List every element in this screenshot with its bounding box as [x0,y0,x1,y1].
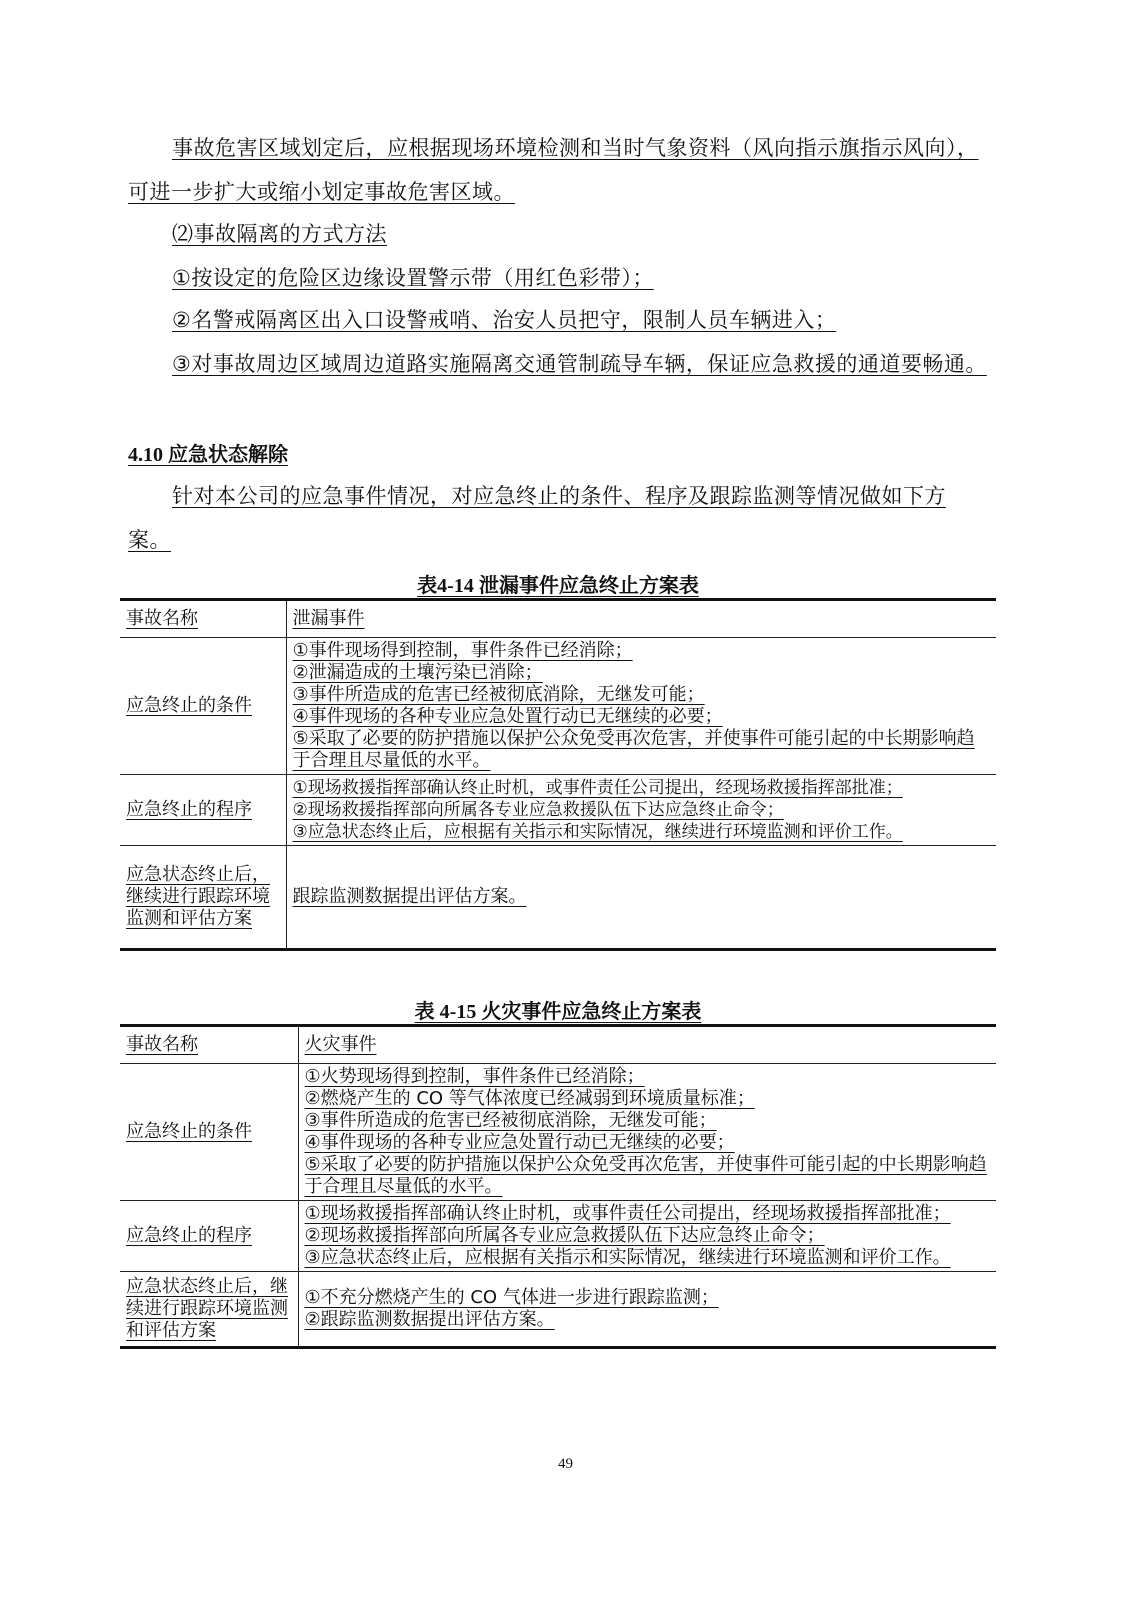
paragraph-isolation-item-1: ①按设定的危险区边缘设置警示带（用红色彩带）； [128,256,988,300]
row-key: 事故名称 [120,1026,298,1064]
cell-text: 应急终止的程序 [126,1225,252,1246]
cell-text: 应急终止的程序 [126,799,252,820]
cell-text: 事故名称 [126,1034,198,1055]
cell-text: 应急终止的条件 [126,695,252,716]
row-value: ①不充分燃烧产生的 CO 气体进一步进行跟踪监测； ②跟踪监测数据提出评估方案。 [298,1272,996,1348]
list-item: ③事件所造成的危害已经被彻底消除，无继发可能； [305,1110,991,1132]
paragraph-text: 事故危害区域划定后，应根据现场环境检测和当时气象资料（风向指示旗指示风向），可进… [128,136,979,204]
cell-text: 应急终止的条件 [126,1121,252,1142]
list-item: ①不充分燃烧产生的 CO 气体进一步进行跟踪监测； [305,1287,991,1309]
paragraph-isolation-methods-title: ⑵事故隔离的方式方法 [128,212,988,256]
paragraph-text: ②名警戒隔离区出入口设警戒哨、治安人员把守，限制人员车辆进入； [172,308,836,332]
row-value: 泄漏事件 [286,600,996,638]
table-caption-4-14: 表4-14 泄漏事件应急终止方案表 [120,569,996,598]
paragraph-isolation-item-3: ③对事故周边区域周边道路实施隔离交通管制疏导车辆，保证应急救援的通道要畅通。 [128,342,988,386]
row-key: 应急状态终止后，继续进行跟踪环境监测和评估方案 [120,1272,298,1348]
list-item: ④事件现场的各种专业应急处置行动已无继续的必要； [305,1132,991,1154]
row-value: 火灾事件 [298,1026,996,1064]
table-row: 应急终止的条件 ①火势现场得到控制，事件条件已经消除； ②燃烧产生的 CO 等气… [120,1064,996,1201]
row-key: 应急状态终止后，继续进行跟踪环境监测和评估方案 [120,846,286,950]
list-item: ①事件现场得到控制，事件条件已经消除； [293,640,991,662]
row-value: ①现场救援指挥部确认终止时机，或事件责任公司提出，经现场救援指挥部批准； ②现场… [298,1201,996,1272]
list-item: ⑤采取了必要的防护措施以保护公众免受再次危害，并使事件可能引起的中长期影响趋于合… [305,1154,991,1198]
paragraph-text: ⑵事故隔离的方式方法 [172,222,387,246]
list-item: ③事件所造成的危害已经被彻底消除，无继发可能； [293,684,991,706]
row-key: 应急终止的条件 [120,638,286,775]
caption-text: 表4-14 泄漏事件应急终止方案表 [417,575,699,597]
table-row: 应急状态终止后，继续进行跟踪环境监测和评估方案 跟踪监测数据提出评估方案。 [120,846,996,950]
table-fire-termination: 事故名称 火灾事件 应急终止的条件 ①火势现场得到控制，事件条件已经消除； ②燃… [120,1024,996,1349]
list-item: ②现场救援指挥部向所属各专业应急救援队伍下达应急终止命令； [293,799,991,821]
cell-text: 应急状态终止后，继续进行跟踪环境监测和评估方案 [126,1276,288,1341]
row-value: ①事件现场得到控制，事件条件已经消除； ②泄漏造成的土壤污染已消除； ③事件所造… [286,638,996,775]
row-key: 事故名称 [120,600,286,638]
paragraph-text: ①按设定的危险区边缘设置警示带（用红色彩带）； [172,266,654,290]
list-item: ①现场救援指挥部确认终止时机，或事件责任公司提出，经现场救援指挥部批准； [305,1203,991,1225]
row-value: 跟踪监测数据提出评估方案。 [286,846,996,950]
section-heading: 4.10 应急状态解除 [128,438,288,467]
section-heading-text: 4.10 应急状态解除 [128,444,288,466]
cell-text: 跟踪监测数据提出评估方案。 [293,886,991,908]
paragraph-text: 针对本公司的应急事件情况，对应急终止的条件、程序及跟踪监测等情况做如下方案。 [128,484,946,552]
list-item: ①现场救援指挥部确认终止时机，或事件责任公司提出，经现场救援指挥部批准； [293,777,991,799]
caption-text: 表 4-15 火灾事件应急终止方案表 [415,1001,702,1023]
table-caption-4-15: 表 4-15 火灾事件应急终止方案表 [120,995,996,1024]
paragraph-isolation-item-2: ②名警戒隔离区出入口设警戒哨、治安人员把守，限制人员车辆进入； [128,298,988,342]
cell-text: 事故名称 [126,608,198,629]
table-row: 应急终止的程序 ①现场救援指挥部确认终止时机，或事件责任公司提出，经现场救援指挥… [120,775,996,846]
table-row: 应急终止的程序 ①现场救援指挥部确认终止时机，或事件责任公司提出，经现场救援指挥… [120,1201,996,1272]
list-item: ①火势现场得到控制，事件条件已经消除； [305,1066,991,1088]
row-value: ①火势现场得到控制，事件条件已经消除； ②燃烧产生的 CO 等气体浓度已经减弱到… [298,1064,996,1201]
list-item: ②燃烧产生的 CO 等气体浓度已经减弱到环境质量标准； [305,1088,991,1110]
table-leak-termination: 事故名称 泄漏事件 应急终止的条件 ①事件现场得到控制，事件条件已经消除； ②泄… [120,598,996,951]
page-number: 49 [0,1456,1131,1473]
table-row: 应急终止的条件 ①事件现场得到控制，事件条件已经消除； ②泄漏造成的土壤污染已消… [120,638,996,775]
list-item: ②泄漏造成的土壤污染已消除； [293,662,991,684]
paragraph-hazard-zone: 事故危害区域划定后，应根据现场环境检测和当时气象资料（风向指示旗指示风向），可进… [128,126,988,214]
paragraph-intro: 针对本公司的应急事件情况，对应急终止的条件、程序及跟踪监测等情况做如下方案。 [128,474,988,562]
cell-text: 火灾事件 [305,1034,991,1056]
list-item: ③应急状态终止后，应根据有关指示和实际情况，继续进行环境监测和评价工作。 [293,821,991,843]
table-row: 应急状态终止后，继续进行跟踪环境监测和评估方案 ①不充分燃烧产生的 CO 气体进… [120,1272,996,1348]
list-item: ②现场救援指挥部向所属各专业应急救援队伍下达应急终止命令； [305,1225,991,1247]
paragraph-text: ③对事故周边区域周边道路实施隔离交通管制疏导车辆，保证应急救援的通道要畅通。 [172,352,987,376]
cell-text: 泄漏事件 [293,608,991,630]
list-item: ⑤采取了必要的防护措施以保护公众免受再次危害，并使事件可能引起的中长期影响趋于合… [293,728,991,772]
row-key: 应急终止的程序 [120,1201,298,1272]
cell-text: 应急状态终止后，继续进行跟踪环境监测和评估方案 [126,864,270,929]
list-item: ②跟踪监测数据提出评估方案。 [305,1309,991,1331]
row-key: 应急终止的条件 [120,1064,298,1201]
table-row: 事故名称 火灾事件 [120,1026,996,1064]
table-row: 事故名称 泄漏事件 [120,600,996,638]
row-key: 应急终止的程序 [120,775,286,846]
list-item: ④事件现场的各种专业应急处置行动已无继续的必要； [293,706,991,728]
list-item: ③应急状态终止后，应根据有关指示和实际情况，继续进行环境监测和评价工作。 [305,1247,991,1269]
row-value: ①现场救援指挥部确认终止时机，或事件责任公司提出，经现场救援指挥部批准； ②现场… [286,775,996,846]
